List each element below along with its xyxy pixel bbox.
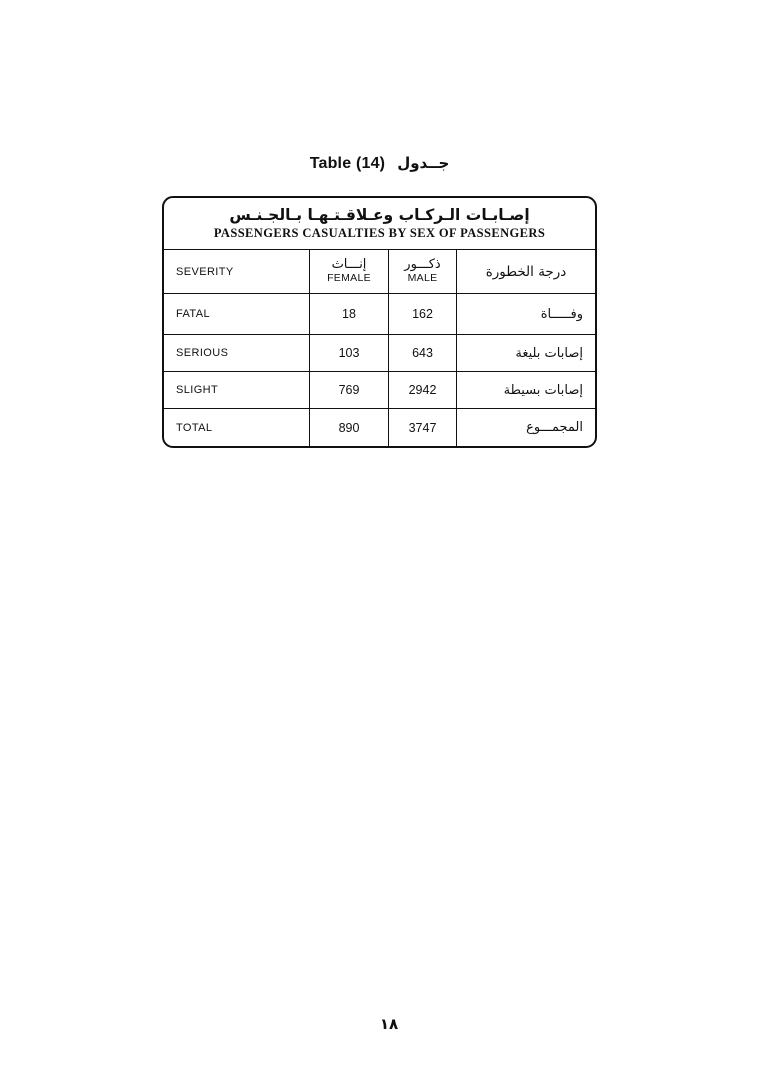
table-caption-arabic: إصـابـات الـركـاب وعـلاقـتـهـا بـالجـنـس	[229, 207, 529, 225]
total-label-arabic-cell: المجمـــوع	[457, 409, 595, 446]
column-header-severity-en: SEVERITY	[164, 250, 310, 294]
total-female-count-cell: 890	[310, 409, 389, 446]
document-title: Table (14)جــدول	[162, 154, 597, 173]
table-caption-english: PASSENGERS CASUALTIES BY SEX OF PASSENGE…	[214, 226, 545, 241]
serious-label-arabic-cell: إصابات بليغة	[457, 335, 595, 372]
total-label-cell: TOTAL	[164, 409, 310, 446]
document-title-arabic: جــدول	[397, 154, 449, 172]
slight-label-cell: SLIGHT	[164, 372, 310, 409]
serious-male-count-cell: 643	[389, 335, 457, 372]
total-male-count-cell: 3747	[389, 409, 457, 446]
serious-label-cell: SERIOUS	[164, 335, 310, 372]
slight-label-arabic-cell: إصابات بسيطة	[457, 372, 595, 409]
female-label-arabic: إنـــاث	[332, 258, 367, 272]
serious-female-count-cell: 103	[310, 335, 389, 372]
fatal-female-count-cell: 18	[310, 294, 389, 335]
column-header-female: إنـــاث FEMALE	[310, 250, 389, 294]
document-page: Table (14)جــدول إصـابـات الـركـاب وعـلا…	[0, 0, 758, 1078]
male-label-english: MALE	[408, 273, 438, 285]
fatal-label-cell: FATAL	[164, 294, 310, 335]
fatal-label-arabic-cell: وفـــــاة	[457, 294, 595, 335]
male-label-arabic: ذكـــور	[404, 258, 440, 272]
table-caption: إصـابـات الـركـاب وعـلاقـتـهـا بـالجـنـس…	[164, 198, 595, 250]
slight-male-count-cell: 2942	[389, 372, 457, 409]
column-header-severity-ar: درجة الخطورة	[457, 250, 595, 294]
column-header-male: ذكـــور MALE	[389, 250, 457, 294]
casualties-table: إصـابـات الـركـاب وعـلاقـتـهـا بـالجـنـس…	[162, 196, 597, 448]
table-grid: SEVERITY إنـــاث FEMALE ذكـــور MALE درج…	[164, 250, 595, 446]
female-label-english: FEMALE	[327, 273, 371, 285]
fatal-male-count-cell: 162	[389, 294, 457, 335]
document-title-english: Table (14)	[310, 155, 386, 172]
slight-female-count-cell: 769	[310, 372, 389, 409]
page-number: ١٨	[339, 1015, 439, 1033]
